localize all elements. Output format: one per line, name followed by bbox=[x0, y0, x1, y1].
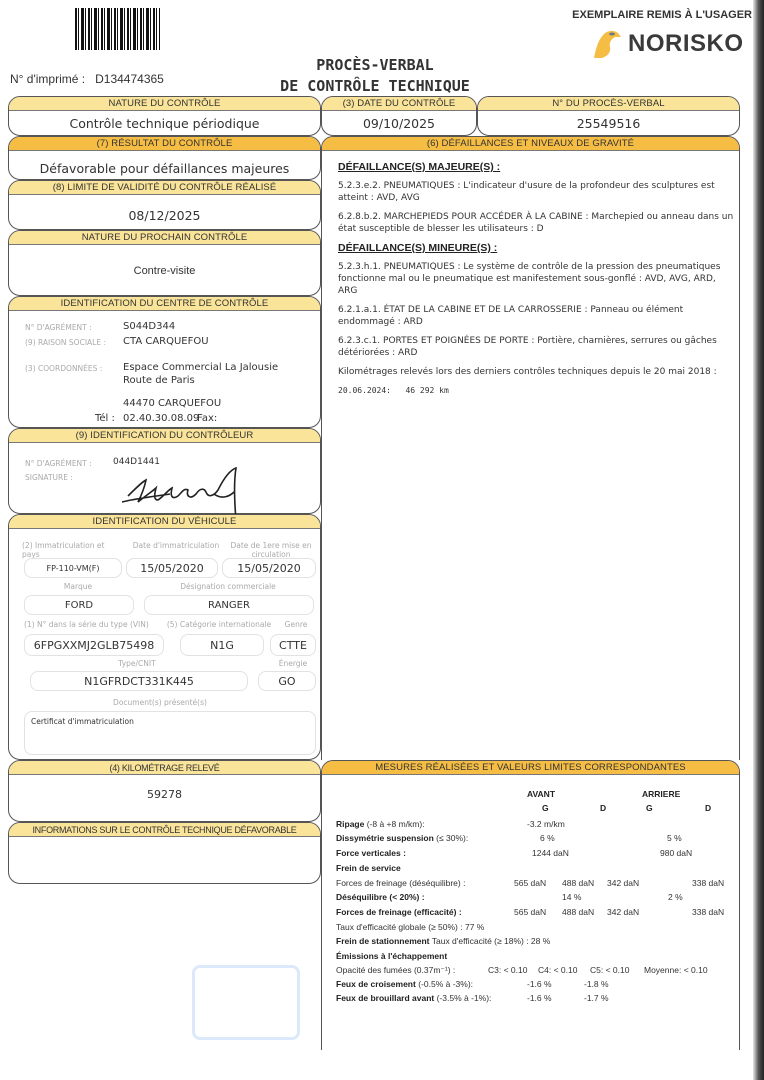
immatriculation: FP-110-VM(F) bbox=[24, 558, 122, 578]
numero-pv-box: N° DU PROCÈS-VERBAL 25549516 bbox=[477, 96, 740, 136]
norisko-logo: NORISKO bbox=[590, 28, 744, 60]
page-title: PROCÈS-VERBAL bbox=[290, 56, 460, 74]
stamp-area bbox=[192, 965, 300, 1040]
validite-value: 08/12/2025 bbox=[9, 208, 320, 223]
feux-croisement-row: Feux de croisement (-0.5% à -3%): bbox=[336, 979, 473, 989]
km-history-row: 20.06.2024: 46 292 km bbox=[338, 385, 735, 397]
taux-global-row: Taux d'efficacité globale (≥ 50%) : 77 % bbox=[336, 922, 484, 932]
mesures-header: MESURES RÉALISÉES ET VALEURS LIMITES COR… bbox=[322, 761, 739, 775]
validite-box: (8) LIMITE DE VALIDITÉ DU CONTRÔLE RÉALI… bbox=[8, 180, 321, 230]
force-verticales-row: Force verticales : bbox=[336, 848, 406, 858]
date-controle-value: 09/10/2025 bbox=[322, 116, 476, 131]
emissions-title: Émissions à l'échappement bbox=[336, 951, 447, 961]
imprime-value: D134474365 bbox=[95, 72, 164, 86]
page-subtitle: DE CONTRÔLE TECHNIQUE bbox=[255, 77, 495, 95]
centre-raison: CTA CARQUEFOU bbox=[123, 336, 209, 347]
kilometrage-header: (4) KILOMÉTRAGE RELEVÉ bbox=[9, 761, 320, 775]
energie: GO bbox=[258, 671, 316, 691]
imprime-number: N° d'imprimé :D134474365 bbox=[10, 72, 164, 86]
feux-brouillard-row: Feux de brouillard avant (-3.5% à -1%): bbox=[336, 993, 491, 1003]
designation-commerciale: RANGER bbox=[144, 595, 314, 615]
mesures-box: MESURES RÉALISÉES ET VALEURS LIMITES COR… bbox=[321, 760, 740, 1050]
defaillance-mineure: 6.2.3.c.1. PORTES ET POIGNÉES DE PORTE :… bbox=[338, 335, 735, 359]
frein-stationnement-row: Frein de stationnement Taux d'efficacité… bbox=[336, 936, 550, 946]
dissymetrie-row: Dissymétrie suspension (≤ 30%): bbox=[336, 833, 468, 843]
nature-controle-value: Contrôle technique périodique bbox=[9, 116, 320, 131]
nature-controle-header: NATURE DU CONTRÔLE bbox=[9, 97, 320, 111]
ripage-value: -3.2 m/km bbox=[527, 819, 565, 829]
date-controle-header: (3) DATE DU CONTRÔLE bbox=[322, 97, 476, 111]
defaillance-mineure: 6.2.1.a.1. ÉTAT DE LA CABINE ET DE LA CA… bbox=[338, 304, 735, 328]
centre-box: IDENTIFICATION DU CENTRE DE CONTRÔLE N° … bbox=[8, 296, 321, 428]
informations-header: INFORMATIONS SUR LE CONTRÔLE TECHNIQUE D… bbox=[9, 823, 320, 837]
vin: 6FPGXXMJ2GLB75498 bbox=[24, 634, 164, 656]
barcode bbox=[75, 8, 160, 50]
centre-address1: Espace Commercial La Jalousie bbox=[123, 362, 278, 373]
prochain-controle-box: NATURE DU PROCHAIN CONTRÔLE Contre-visit… bbox=[8, 230, 321, 296]
scan-edge bbox=[753, 0, 764, 1080]
forces-eff-row: Forces de freinage (efficacité) : bbox=[336, 907, 462, 917]
resultat-value: Défavorable pour défaillances majeures bbox=[9, 161, 320, 176]
marque: FORD bbox=[24, 595, 134, 615]
kilometrage-value: 59278 bbox=[9, 788, 320, 801]
nature-controle-box: NATURE DU CONTRÔLE Contrôle technique pé… bbox=[8, 96, 321, 136]
ripage-row: Ripage (-8 à +8 m/km): bbox=[336, 819, 425, 829]
km-history-title: Kilométrages relevés lors des derniers c… bbox=[338, 366, 735, 378]
categorie: N1G bbox=[180, 634, 264, 656]
opacite-row: Opacité des fumées (0.37m⁻¹) : bbox=[336, 965, 455, 976]
date-mise-circulation: 15/05/2020 bbox=[222, 558, 316, 578]
centre-agrement: S044D344 bbox=[123, 321, 175, 332]
type-cnit: N1GFRDCT331K445 bbox=[30, 671, 248, 691]
informations-box: INFORMATIONS SUR LE CONTRÔLE TECHNIQUE D… bbox=[8, 822, 321, 884]
mineures-title: DÉFAILLANCE(S) MINEURE(S) : bbox=[338, 242, 735, 254]
eagle-logo-icon bbox=[590, 28, 622, 60]
genre: CTTE bbox=[270, 634, 316, 656]
date-immatriculation: 15/05/2020 bbox=[126, 558, 218, 578]
kilometrage-box: (4) KILOMÉTRAGE RELEVÉ 59278 bbox=[8, 760, 321, 822]
resultat-box: (7) RÉSULTAT DU CONTRÔLE Défavorable pou… bbox=[8, 136, 321, 180]
controleur-header: (9) IDENTIFICATION DU CONTRÔLEUR bbox=[9, 429, 320, 443]
defaillance-majeure: 5.2.3.e.2. PNEUMATIQUES : L'indicateur d… bbox=[338, 180, 735, 204]
vehicule-header: IDENTIFICATION DU VÉHICULE bbox=[9, 515, 320, 529]
forces-deseq-row: Forces de freinage (déséquilibre) : bbox=[336, 878, 465, 888]
defaillances-box: (6) DÉFAILLANCES ET NIVEAUX DE GRAVITÉ D… bbox=[321, 136, 740, 760]
brand-name: NORISKO bbox=[628, 30, 744, 58]
centre-tel: 02.40.30.08.09 bbox=[123, 413, 199, 424]
exemplaire-label: EXEMPLAIRE REMIS À L'USAGER bbox=[572, 9, 752, 21]
prochain-controle-value: Contre-visite bbox=[9, 265, 320, 277]
prochain-controle-header: NATURE DU PROCHAIN CONTRÔLE bbox=[9, 231, 320, 245]
defaillance-mineure: 5.2.3.h.1. PNEUMATIQUES : Le système de … bbox=[338, 261, 735, 297]
centre-address3: 44470 CARQUEFOU bbox=[123, 398, 221, 409]
desequilibre-row: Déséquilibre (< 20%) : bbox=[336, 892, 425, 902]
defaillances-content: DÉFAILLANCE(S) MAJEURE(S) : 5.2.3.e.2. P… bbox=[322, 151, 739, 397]
numero-pv-value: 25549516 bbox=[478, 116, 739, 131]
majeures-title: DÉFAILLANCE(S) MAJEURE(S) : bbox=[338, 161, 735, 173]
documents-presentes: Certificat d'immatriculation bbox=[24, 711, 316, 755]
resultat-header: (7) RÉSULTAT DU CONTRÔLE bbox=[9, 137, 320, 151]
centre-address2: Route de Paris bbox=[123, 375, 195, 386]
defaillance-majeure: 6.2.8.b.2. MARCHEPIEDS POUR ACCÉDER À LA… bbox=[338, 211, 735, 235]
centre-header: IDENTIFICATION DU CENTRE DE CONTRÔLE bbox=[9, 297, 320, 311]
frein-service-title: Frein de service bbox=[336, 863, 401, 873]
defaillances-header: (6) DÉFAILLANCES ET NIVEAUX DE GRAVITÉ bbox=[322, 137, 739, 151]
numero-pv-header: N° DU PROCÈS-VERBAL bbox=[478, 97, 739, 111]
validite-header: (8) LIMITE DE VALIDITÉ DU CONTRÔLE RÉALI… bbox=[9, 181, 320, 195]
date-controle-box: (3) DATE DU CONTRÔLE 09/10/2025 bbox=[321, 96, 477, 136]
